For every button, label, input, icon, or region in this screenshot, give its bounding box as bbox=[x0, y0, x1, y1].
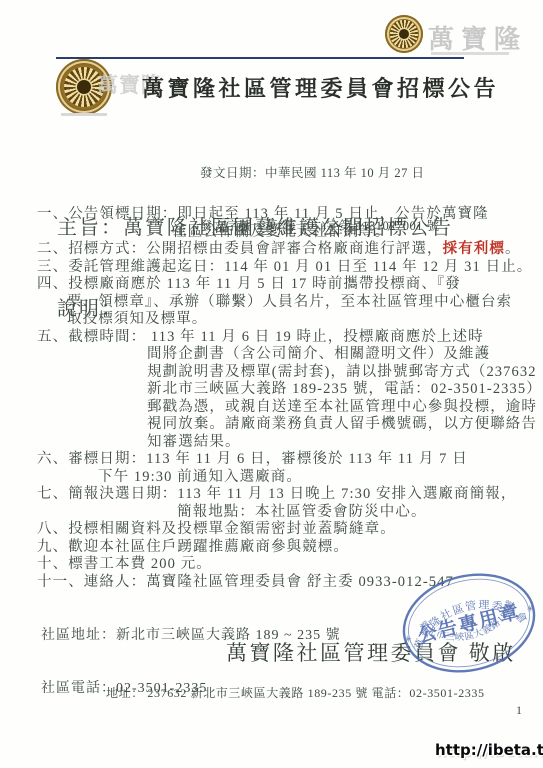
item5-line4: 新北市三峽區大義路 189-235 號，電話：02-3501-2335） bbox=[37, 381, 529, 399]
item2-line1: 二、招標方式：公開招標由委員會評審合格廠商進行評選，採有利標。 bbox=[37, 241, 529, 259]
item1-line2: 社區公佈欄及愛北大社群網等。 bbox=[37, 224, 529, 242]
brand-name-text: 萬寶隆 bbox=[428, 19, 527, 56]
item5-line3: 規劃說明書及標單(需封套)，請以掛號郵寄方式（237632 bbox=[37, 364, 529, 382]
item4-line2: 票、領標章』、承辦（聯繫）人員名片，至本社區管理中心櫃台索 bbox=[37, 294, 529, 312]
item6-line1: 六、審標日期：113 年 11 月 6 日，審標後於 113 年 11 月 7 … bbox=[37, 451, 529, 469]
item8-line1: 八、投標相關資料及投標單金額需密封並蓋騎縫章。 bbox=[37, 521, 529, 539]
item2-text: 二、招標方式：公開招標由委員會評審合格廠商進行評選， bbox=[37, 241, 443, 257]
seal-star-right-icon: ✳ bbox=[525, 603, 535, 615]
notice-items: 一、公告領標日期：即日起至 113 年 11 月 5 日止，公告於萬寶隆 社區公… bbox=[37, 206, 529, 591]
footer-address-line: 地址： 237632 新北市三峽區大義路 189-235 號 電話：02-350… bbox=[106, 684, 485, 701]
official-seal: 萬寶隆社區管理委員會 新北市三峽區大義路189號 公告專用章 ✳ ✳ bbox=[397, 563, 541, 683]
page-title: 萬寶隆社區管理委員會招標公告 bbox=[142, 72, 499, 103]
item5-line5: 郵戳為憑，或親自送達至本社區管理中心參與投標，逾時 bbox=[37, 399, 529, 417]
item5-line6: 視同放棄。請廠商業務負責人留手機號碼，以方便聯絡告 bbox=[37, 416, 529, 434]
item3-line1: 三、委託管理維護起迄日：114 年 01 月 01 日至 114 年 12 月 … bbox=[37, 259, 529, 277]
item9-line1: 九、歡迎本社區住戶踴躍推薦廠商參與競標。 bbox=[37, 539, 529, 557]
seal-star-left-icon: ✳ bbox=[403, 633, 413, 645]
brand-tagline-placeholder bbox=[431, 52, 509, 55]
header-divider bbox=[56, 57, 464, 59]
item4-line3: 取投標須知及標單。 bbox=[37, 311, 529, 329]
watermark-url: http://ibeta.tw bbox=[435, 741, 543, 759]
item5-line7: 知審選結果。 bbox=[37, 434, 529, 452]
item7-line1: 七、簡報決選日期：113 年 11 月 13 日晚上 7:30 安排入選廠商簡報… bbox=[37, 486, 529, 504]
item7-line2: 簡報地點：本社區管委會防災中心。 bbox=[37, 504, 529, 522]
winning-bid-highlight: 採有利標 bbox=[443, 241, 505, 257]
announcement-document: 萬寶隆 萬寶隆 萬寶隆社區管理委員會招標公告 發文日期：中華民國 113 年 1… bbox=[0, 0, 543, 768]
item1-line1: 一、公告領標日期：即日起至 113 年 11 月 5 日止，公告於萬寶隆 bbox=[37, 206, 529, 224]
brand-emblem-icon bbox=[385, 15, 423, 53]
item6-line2: 下午 19:30 前通知入選廠商。 bbox=[37, 469, 529, 487]
page-number: 1 bbox=[516, 703, 522, 718]
title-brand-tagline-placeholder bbox=[61, 113, 107, 116]
item5-line2: 間將企劃書（含公司簡介、相關證明文件）及維護 bbox=[37, 346, 529, 364]
item2-period: 。 bbox=[505, 241, 521, 257]
item4-line1: 四、投標廠商應於 113 年 11 月 5 日 17 時前攜帶投標商、『發 bbox=[37, 276, 529, 294]
item5-line1: 五、截標時間： 113 年 11 月 6 日 19 時止，投標廠商應於上述時 bbox=[37, 329, 529, 347]
